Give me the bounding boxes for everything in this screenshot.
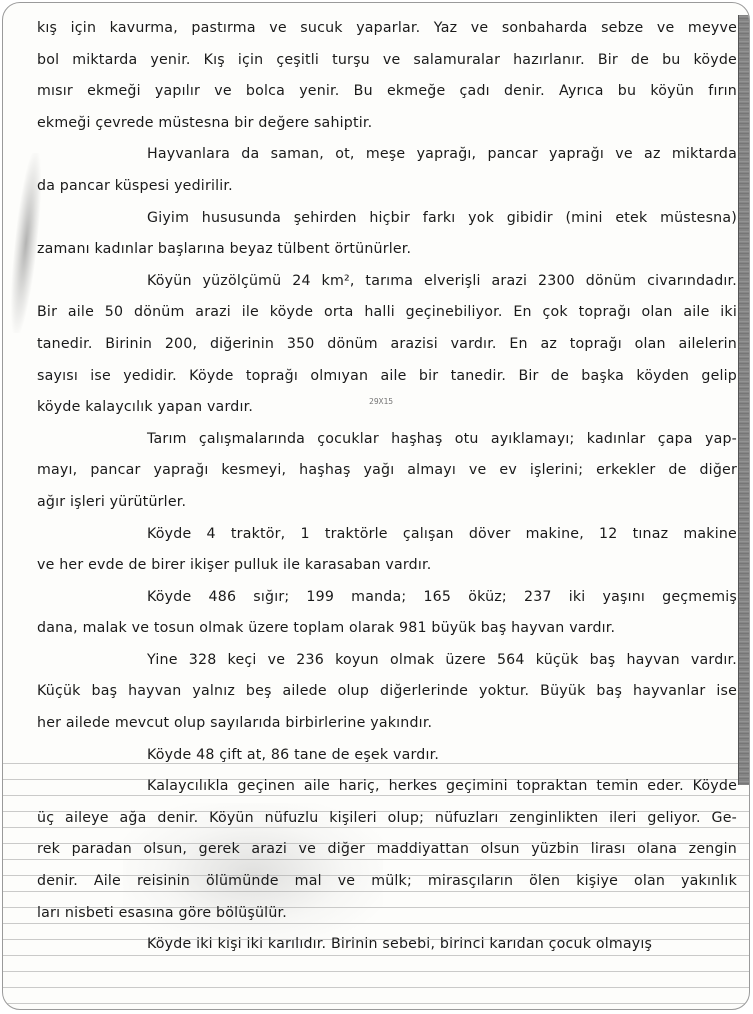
text-line: sayısı ise yedidir. Köyde toprağı olmıya… [37, 361, 737, 393]
text-line: Tarım çalışmalarında çocuklar haşhaş otu… [37, 424, 737, 456]
text-line: ekmeği çevrede müstesna bir değere sahip… [37, 108, 737, 140]
text-line: ve her evde de birer ikişer pulluk ile k… [37, 550, 737, 582]
text-line: Köyde 48 çift at, 86 tane de eşek vardır… [37, 740, 737, 772]
text-line: denir. Aile reisinin ölümünde mal ve mül… [37, 866, 737, 898]
text-line: Giyim hususunda şehirden hiçbir farkı yo… [37, 203, 737, 235]
text-line: ağır işleri yürütürler. [37, 487, 737, 519]
text-line: Köyde 4 traktör, 1 traktörle çalışan döv… [37, 519, 737, 551]
handwritten-text-body: kış için kavurma, pastırma ve sucuk yapa… [37, 13, 737, 961]
text-line: Hayvanlara da saman, ot, meşe yaprağı, p… [37, 139, 737, 171]
text-line: ları nisbeti esasına göre bölüşülür. [37, 898, 737, 930]
text-line: zamanı kadınlar başlarına beyaz tülbent … [37, 234, 737, 266]
text-line: tanedir. Birinin 200, diğerinin 350 dönü… [37, 329, 737, 361]
text-line: Yine 328 keçi ve 236 koyun olmak üzere 5… [37, 645, 737, 677]
text-line: Köyün yüzölçümü 24 km², tarıma elverişli… [37, 266, 737, 298]
text-line: Köyde 486 sığır; 199 manda; 165 öküz; 23… [37, 582, 737, 614]
text-line: her ailede mevcut olup sayılarıda birbir… [37, 708, 737, 740]
text-line: Bir aile 50 dönüm arazi ile köyde orta h… [37, 297, 737, 329]
text-line: Küçük baş hayvan yalnız beş ailede olup … [37, 676, 737, 708]
text-line: dana, malak ve tosun olmak üzere toplam … [37, 613, 737, 645]
text-line: rek paradan olsun, gerek arazi ve diğer … [37, 834, 737, 866]
text-line: kış için kavurma, pastırma ve sucuk yapa… [37, 13, 737, 45]
text-line: mısır ekmeği yapılır ve bolca yenir. Bu … [37, 76, 737, 108]
text-line: Köyde iki kişi iki karılıdır. Birinin se… [37, 929, 737, 961]
text-line: Kalaycılıkla geçinen aile hariç, herkes … [37, 771, 737, 803]
scan-edge-band [738, 15, 749, 785]
margin-annotation: 29X15 [369, 397, 393, 406]
text-line: mayı, pancar yaprağı kesmeyi, haşhaş yağ… [37, 455, 737, 487]
scanned-document-page: kış için kavurma, pastırma ve sucuk yapa… [2, 2, 750, 1010]
text-line: üç aileye ağa denir. Köyün nüfuzlu kişil… [37, 803, 737, 835]
text-line: bol miktarda yenir. Kış için çeşitli tur… [37, 45, 737, 77]
text-line: da pancar küspesi yedirilir. [37, 171, 737, 203]
